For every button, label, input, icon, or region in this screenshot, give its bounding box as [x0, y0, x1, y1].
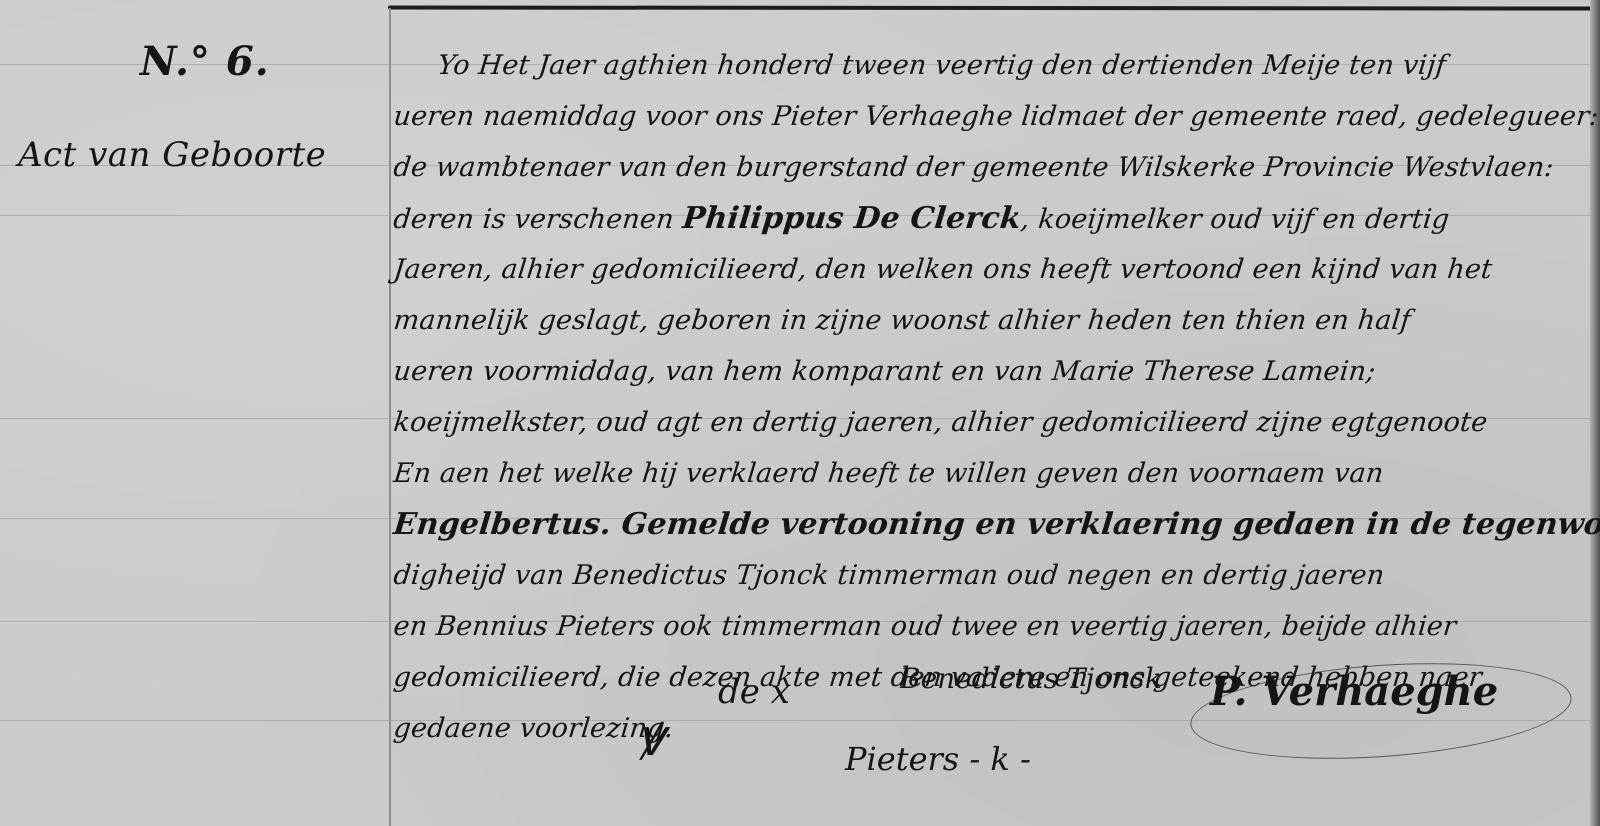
text-line: ueren voormiddag, van hem komparant en v…	[355, 346, 1580, 397]
line-text: ueren voormiddag, van hem komparant en v…	[392, 356, 1377, 387]
line-text: en Bennius Pieters ook timmerman oud twe…	[392, 611, 1458, 642]
text-line: digheijd van Benedictus Tjonck timmerman…	[355, 550, 1580, 601]
line-text: digheijd van Benedictus Tjonck timmerman…	[392, 560, 1386, 591]
line-text: deren is verschenen	[392, 204, 684, 235]
text-line: Yo Het Jaer agthien honderd tween veerti…	[355, 40, 1580, 91]
line-text: , koeijmelker oud vijf en dertig	[1019, 204, 1451, 235]
text-line: deren is verschenen Philippus De Clerck,…	[355, 193, 1580, 244]
text-line: de wambtenaer van den burgerstand der ge…	[355, 142, 1580, 193]
text-line: gedomicilieerd, die dezen akte met den v…	[355, 652, 1580, 703]
line-text: de wambtenaer van den burgerstand der ge…	[392, 152, 1555, 183]
line-text: ueren naemiddag voor ons Pieter Verhaegh…	[392, 101, 1600, 132]
line-text: Yo Het Jaer agthien honderd tween veerti…	[436, 50, 1447, 81]
line-text: gedomicilieerd, die dezen akte met den v…	[392, 662, 1484, 693]
line-text: En aen het welke hij verklaerd heeft te …	[392, 458, 1385, 489]
record-number: N.° 6.	[140, 38, 270, 85]
text-line: Jaeren, alhier gedomicilieerd, den welke…	[355, 244, 1580, 295]
line-text: koeijmelkster, oud agt en dertig jaeren,…	[392, 407, 1489, 438]
father-name: Philippus De Clerck	[681, 201, 1023, 236]
line-text: Jaeren, alhier gedomicilieerd, den welke…	[392, 254, 1494, 285]
document-page: N.° 6. Act van Geboorte Yo Het Jaer agth…	[0, 0, 1600, 826]
text-line: en Bennius Pieters ook timmerman oud twe…	[355, 601, 1580, 652]
line-text: mannelijk geslagt, geboren in zijne woon…	[392, 305, 1412, 336]
line-text: Engelbertus. Gemelde vertooning en verkl…	[392, 507, 1600, 542]
text-line: koeijmelkster, oud agt en dertig jaeren,…	[355, 397, 1580, 448]
text-line: Engelbertus. Gemelde vertooning en verkl…	[355, 499, 1580, 550]
text-line: ueren naemiddag voor ons Pieter Verhaegh…	[355, 91, 1580, 142]
text-line: gedaene voorlezing.	[355, 703, 1580, 754]
text-line: mannelijk geslagt, geboren in zijne woon…	[355, 295, 1580, 346]
line-text: gedaene voorlezing.	[392, 713, 675, 744]
text-line: En aen het welke hij verklaerd heeft te …	[355, 448, 1580, 499]
top-rule	[388, 5, 1600, 10]
record-body: Yo Het Jaer agthien honderd tween veerti…	[355, 40, 1575, 754]
record-title: Act van Geboorte	[18, 135, 326, 175]
